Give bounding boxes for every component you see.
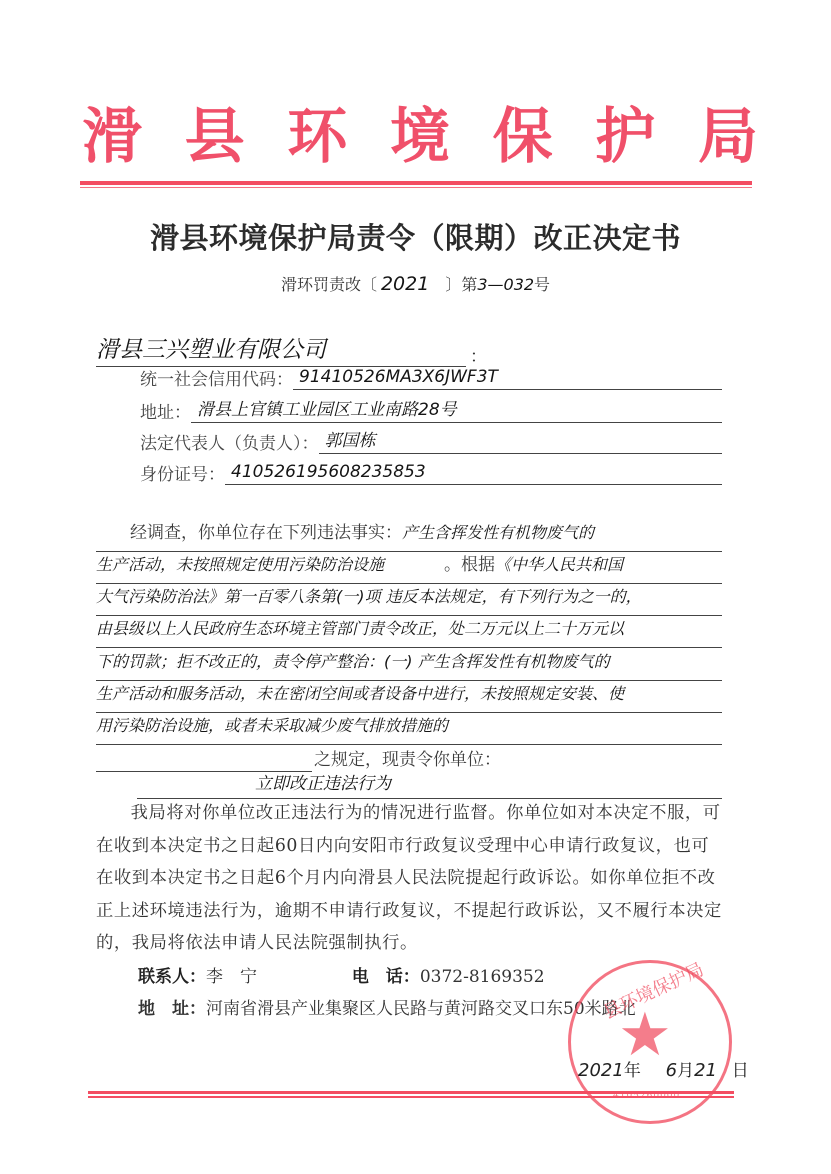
- contact-person-label: 联系人：: [138, 967, 206, 987]
- blank-underline: [96, 743, 312, 772]
- findings-intro: 经调查，你单位存在下列违法事实：: [96, 523, 402, 543]
- masthead-char: 境: [388, 89, 452, 175]
- masthead-char: 护: [593, 89, 657, 175]
- doc-number-suffix: 号: [534, 275, 550, 294]
- basis-text: 《中华人民共和国: [495, 555, 623, 574]
- doc-number-year: 2021: [377, 273, 445, 295]
- field-value: 410526195608235853: [225, 460, 722, 485]
- date-month: 6: [666, 1060, 677, 1081]
- fact-text: 生产活动，未按照规定使用污染防治设施: [96, 555, 384, 574]
- field-value: 91410526MA3X6JWF3T: [293, 365, 722, 390]
- findings-line-4: 由县级以上人民政府生态环境主管部门责令改正，处二万元以上二十万元以: [96, 614, 722, 648]
- header-divider-thin: [80, 187, 752, 188]
- closing-text: 之规定，现责令你单位：: [314, 745, 501, 770]
- masthead-char: 县: [183, 89, 247, 175]
- masthead-char: 环: [285, 89, 349, 175]
- official-seal: ★ 县环境保护局 4105260000: [568, 960, 732, 1124]
- date-year-label: 年: [624, 1061, 641, 1081]
- field-value: 滑县上官镇工业园区工业南路28号: [191, 398, 722, 423]
- header-divider: [80, 181, 752, 185]
- contact-row: 联系人：李 宁 电 话：0372-8169352: [138, 962, 545, 987]
- findings-line-7: 用污染防治设施，或者未采取减少废气排放措施的: [96, 711, 722, 745]
- findings-line-5: 下的罚款；拒不改正的，责令停产整治：(一) 产生含挥发性有机物废气的: [96, 647, 722, 681]
- contact-person: 李 宁: [206, 967, 257, 987]
- field-label: 身份证号：: [140, 460, 225, 485]
- doc-number-prefix: 滑环罚责改〔: [281, 275, 377, 294]
- findings-line-6: 生产活动和服务活动，未在密闭空间或者设备中进行，未按照规定安装、使: [96, 679, 722, 713]
- field-label: 统一社会信用代码：: [140, 365, 293, 390]
- footer-divider: [88, 1091, 734, 1094]
- basis-label: 。根据: [384, 555, 495, 575]
- contact-phone-label: 电 话：: [352, 967, 420, 987]
- field-value: 郭国栋: [319, 429, 723, 454]
- closing-line: 之规定，现责令你单位：: [96, 743, 722, 773]
- masthead-char: 滑: [80, 89, 144, 175]
- order-text: 立即改正违法行为: [137, 770, 722, 799]
- recipient-company: 滑县三兴塑业有限公司: [96, 334, 466, 367]
- field-label: 法定代表人（负责人）：: [140, 429, 319, 454]
- date-year: 2021: [578, 1060, 624, 1081]
- masthead-title: 滑 县 环 境 保 护 局: [80, 92, 760, 172]
- field-label: 地址：: [140, 398, 191, 423]
- date-day-label: 日: [732, 1061, 749, 1081]
- masthead-char: 保: [491, 89, 555, 175]
- findings-line-1: 经调查，你单位存在下列违法事实：产生含挥发性有机物废气的: [96, 518, 722, 552]
- field-id-number: 身份证号： 410526195608235853: [140, 460, 722, 485]
- recipient-colon: ：: [470, 342, 487, 367]
- date-day: 21: [694, 1060, 717, 1081]
- fact-text: 产生含挥发性有机物废气的: [402, 523, 594, 542]
- date-month-label: 月: [677, 1061, 694, 1081]
- address-row: 地 址：河南省滑县产业集聚区人民路与黄河路交叉口东50米路北: [138, 994, 636, 1019]
- footer-divider-thin: [88, 1096, 734, 1098]
- findings-line-3: 大气污染防治法》第一百零八条第(一)项 违反本法规定，有下列行为之一的，: [96, 582, 722, 616]
- field-legal-rep: 法定代表人（负责人）： 郭国栋: [140, 429, 722, 454]
- issue-date: 2021年 6月21 日: [578, 1056, 749, 1081]
- field-address: 地址： 滑县上官镇工业园区工业南路28号: [140, 398, 722, 423]
- contact-phone: 0372-8169352: [420, 967, 545, 987]
- doc-number-mid: 〕第: [445, 275, 477, 294]
- doc-number-value: 3—032: [477, 275, 534, 294]
- field-credit-code: 统一社会信用代码： 91410526MA3X6JWF3T: [140, 365, 722, 390]
- document-title: 滑县环境保护局责令（限期）改正决定书: [0, 216, 831, 257]
- appeal-notice: 我局将对你单位改正违法行为的情况进行监督。你单位如对本决定不服，可在收到本决定书…: [96, 797, 726, 960]
- address-label: 地 址：: [138, 999, 206, 1019]
- masthead-char: 局: [696, 89, 760, 175]
- document-number: 滑环罚责改〔2021〕第3—032号: [0, 272, 831, 295]
- findings-line-2: 生产活动，未按照规定使用污染防治设施。根据《中华人民共和国: [96, 550, 722, 584]
